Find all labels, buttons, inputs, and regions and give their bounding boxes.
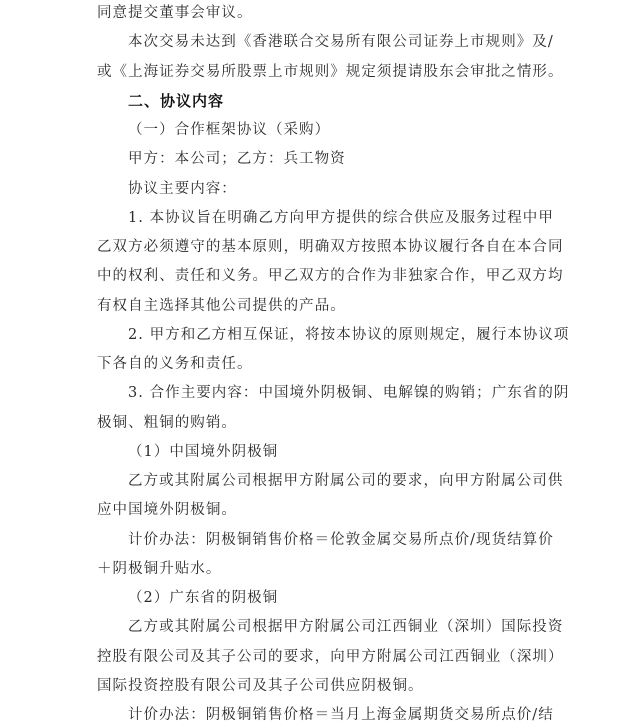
paragraph-line: 应中国境外阴极铜。 <box>97 496 547 525</box>
section-heading: 二、协议内容 <box>97 87 547 116</box>
paragraph-line: 极铜、粗铜的购销。 <box>97 409 547 438</box>
paragraph-line: 乙方或其附属公司根据甲方附属公司的要求，向甲方附属公司供 <box>97 467 547 496</box>
pricing-line: 计价办法：阴极铜销售价格＝当月上海金属期货交易所点价/结 <box>97 701 547 723</box>
paragraph-line: 乙方或其附属公司根据甲方附属公司江西铜业（深圳）国际投资 <box>97 613 547 642</box>
paragraph-line: 乙双方必须遵守的基本原则，明确双方按照本协议履行各自在本合同 <box>97 233 547 262</box>
paragraph-line: ＋阴极铜升贴水。 <box>97 555 547 584</box>
paragraph-line: 协议主要内容： <box>97 175 547 204</box>
list-item-3: 3. 合作主要内容：中国境外阴极铜、电解镍的购销；广东省的阴 <box>97 379 547 408</box>
paragraph-line: 下各自的义务和责任。 <box>97 350 547 379</box>
pricing-line: 计价办法：阴极铜销售价格＝伦敦金属交易所点价/现货结算价 <box>97 526 547 555</box>
paragraph-line: 有权自主选择其他公司提供的产品。 <box>97 292 547 321</box>
paragraph-line: 本次交易未达到《香港联合交易所有限公司证券上市规则》及/ <box>97 28 547 57</box>
subitem-heading: （1）中国境外阴极铜 <box>97 438 547 467</box>
parties-line: 甲方：本公司；乙方：兵工物资 <box>97 145 547 174</box>
paragraph-line: 国际投资控股有限公司及其子公司供应阴极铜。 <box>97 672 547 701</box>
list-item-1: 1. 本协议旨在明确乙方向甲方提供的综合供应及服务过程中甲 <box>97 204 547 233</box>
list-item-2: 2. 甲方和乙方相互保证，将按本协议的原则规定，履行本协议项 <box>97 321 547 350</box>
paragraph-line: 同意提交董事会审议。 <box>97 0 547 28</box>
paragraph-line: 控股有限公司及其子公司的要求，向甲方附属公司江西铜业（深圳） <box>97 643 547 672</box>
paragraph-line: 或《上海证券交易所股票上市规则》规定须提请股东会审批之情形。 <box>97 58 547 87</box>
paragraph-line: 中的权利、责任和义务。甲乙双方的合作为非独家合作，甲乙双方均 <box>97 262 547 291</box>
subitem-heading: （2）广东省的阴极铜 <box>97 584 547 613</box>
subsection-heading: （一）合作框架协议（采购） <box>97 116 547 145</box>
document-page: 同意提交董事会审议。 本次交易未达到《香港联合交易所有限公司证券上市规则》及/ … <box>97 0 547 723</box>
